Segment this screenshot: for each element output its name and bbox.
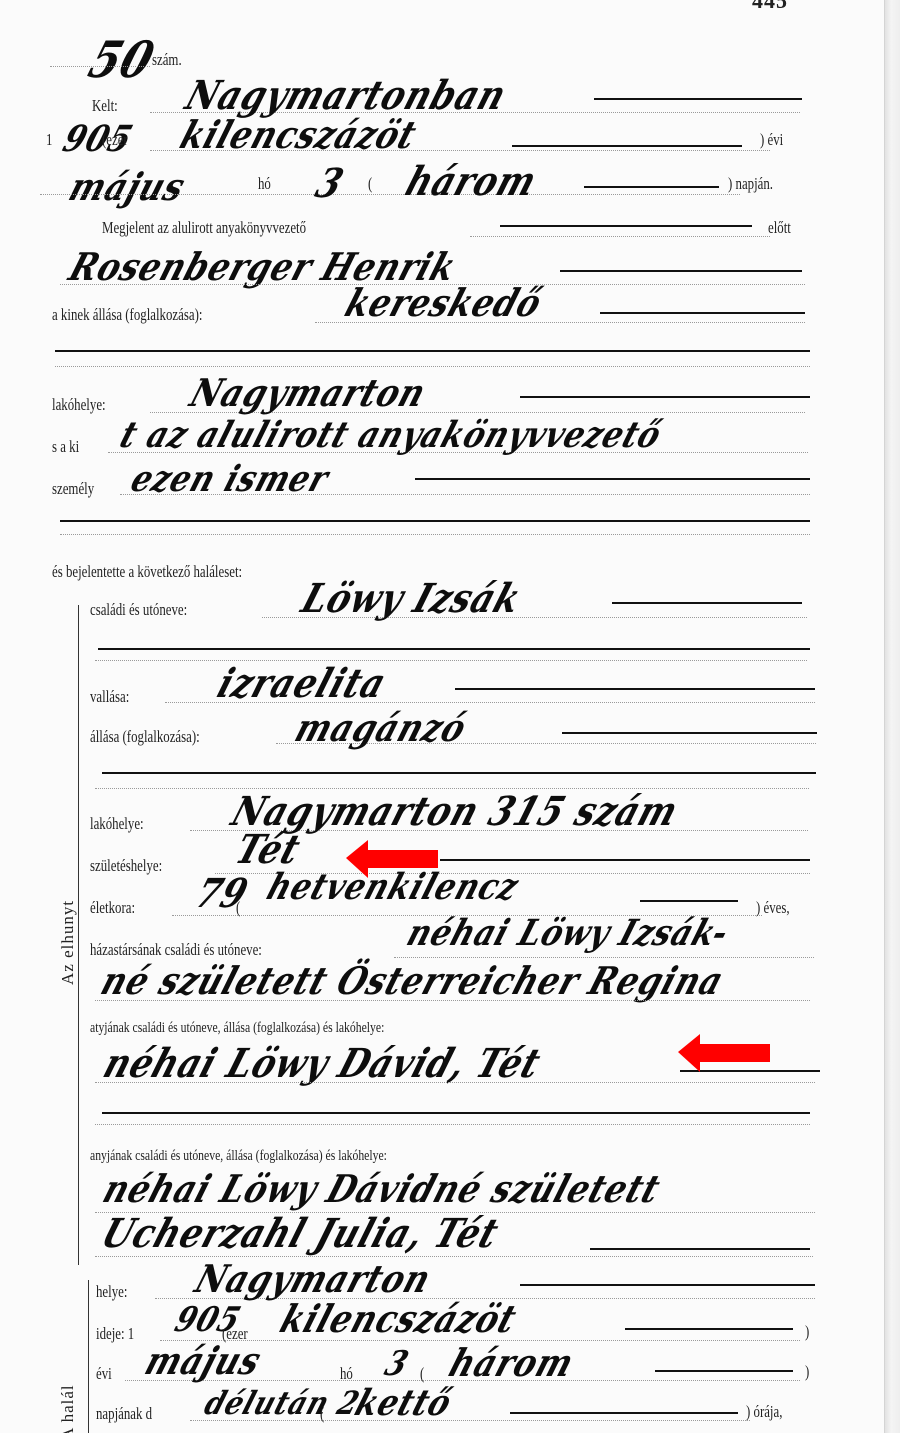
vallasa-value: izraelita [212,660,392,707]
death-bracket [88,1280,89,1433]
saki-label: s a ki [52,437,79,457]
eletkora-label: életkora: [90,898,135,918]
year-prefix: 1 [46,130,52,150]
evi-label: ) évi [760,130,783,150]
death-day-words: három [444,1340,580,1385]
death-evi-label: évi [96,1364,112,1384]
megjelent-label: Megjelent az alulirott anyakönyvvezető [102,218,306,238]
deceased-allasa-label: állása (foglalkozása): [90,727,200,747]
deceased-allasa-value: magánzó [290,705,473,750]
deceased-name-label: családi és utóneve: [90,600,187,620]
red-arrow-father-icon [678,1034,770,1074]
month-value: május [64,164,191,209]
death-day-close-paren: ) [805,1362,809,1382]
ideje-close-paren: ) [805,1322,809,1342]
szemely-value: ezen ismer [126,458,334,500]
register-page: 445 50 szám. Kelt: Nagymartonban 1 905 (… [0,0,900,1433]
death-day-value: 3 [380,1344,414,1384]
death-time-words: kettő [350,1382,457,1424]
hazastars-value-2: né született Österreicher Regina [96,958,730,1003]
atyja-value: néhai Löwy Dávid, Tét [98,1040,547,1087]
death-time-paren: ( [320,1404,324,1424]
hazastars-label: házastársának családi és utóneve: [90,940,262,960]
death-section-label: A halál [58,1384,78,1433]
day-paren: ( [368,174,372,194]
allasa-label: a kinek állása (foglalkozása): [52,305,202,325]
day-words-value: három [400,158,543,205]
year-words-label: (ezer [102,130,128,150]
page-binding-edge [884,0,900,1433]
eletkora-paren: ( [236,898,240,918]
death-ho-label: hó [340,1364,353,1384]
elott-label: előtt [768,218,791,238]
helye-label: helye: [96,1282,127,1302]
death-month-value: május [140,1338,267,1383]
allasa-value: kereskedő [340,280,548,325]
day-value: 3 [310,160,350,207]
kelt-label: Kelt: [92,96,118,116]
saki-value: t az alulirott anyakönyvvezető [115,414,667,456]
eletkora-words: hetvenkilencz [262,866,524,908]
szemely-label: személy [52,479,94,499]
szam-label: szám. [152,50,182,70]
ideje-words-value: kilencszázöt [275,1296,523,1341]
deceased-intro: és bejelentette a következő haláleset: [52,562,242,582]
year-words-value: kilencszázöt [175,112,423,157]
ho-label: hó [258,174,271,194]
page-number: 445 [752,0,788,14]
death-time-value: délután 2 [200,1384,365,1422]
eletkora-value: 79 [190,870,254,917]
anyja-label: anyjának családi és utóneve, állása (fog… [90,1148,387,1165]
deceased-bracket [78,605,79,1265]
napjanak-label: napjának d [96,1404,152,1424]
lakohelye-label: lakóhelye: [52,395,106,415]
oraja-label: ) órája, [746,1402,782,1422]
deceased-name-value: Löwy Izsák [296,575,527,622]
vallasa-label: vallása: [90,687,129,707]
atyja-label: atyjának családi és utóneve, állása (fog… [90,1020,384,1037]
anyja-value-2: Ucherzahl Julia, Tét [96,1210,505,1257]
record-number: 50 [82,30,162,89]
eves-label: ) éves, [756,898,790,918]
record-number-line [50,66,150,67]
death-day-paren: ( [420,1364,424,1384]
hazastars-value-1: néhai Löwy Izsák- [402,912,734,954]
ideje-label: ideje: 1 [96,1324,134,1344]
szuleteshelye-label: születéshelye: [90,856,162,876]
helye-value: Nagymarton [190,1256,437,1301]
deceased-lakohelye-label: lakóhelye: [90,814,144,834]
lakohelye-value: Nagymarton [185,370,432,415]
napjan-label: ) napján. [728,174,773,194]
anyja-value-1: néhai Löwy Dávidné született [98,1166,666,1211]
deceased-section-label: Az elhunyt [58,900,78,985]
